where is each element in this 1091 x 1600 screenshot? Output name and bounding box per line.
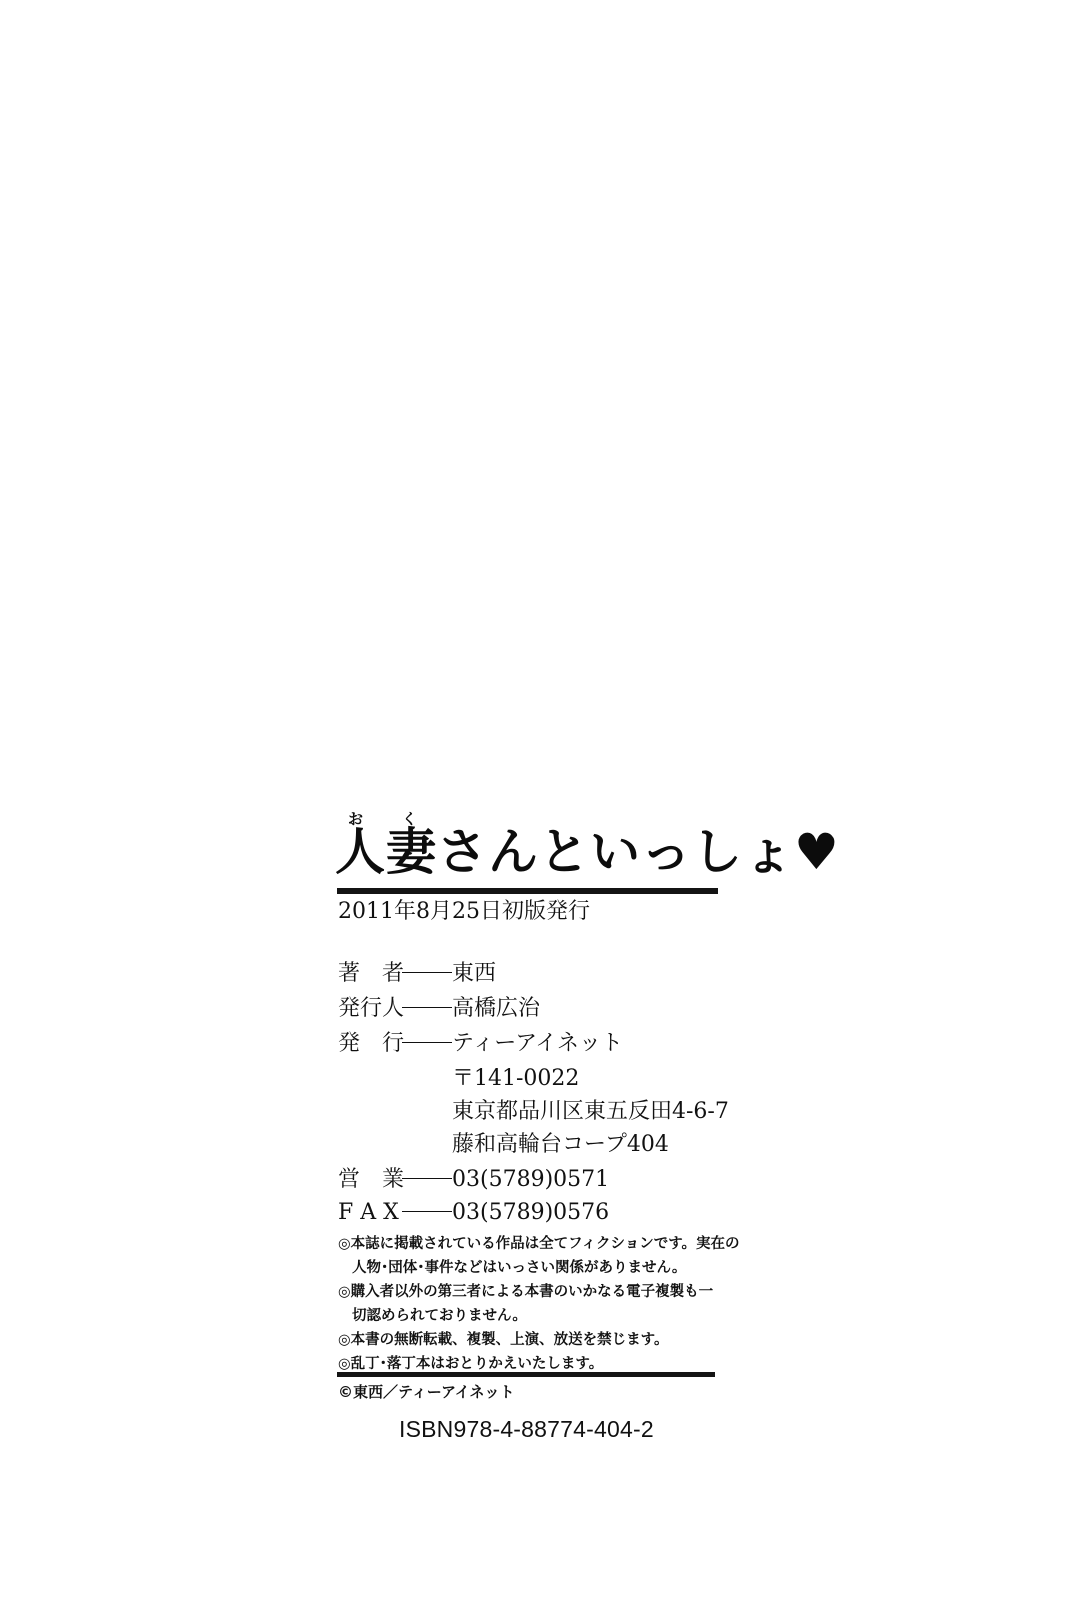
contact-value: 03(5789)0576 — [452, 1200, 609, 1225]
contact-value: 03(5789)0571 — [452, 1167, 609, 1192]
postal-code: 〒141-0022 — [452, 1065, 579, 1093]
credit-label: 著 者 — [338, 960, 402, 988]
notice-reproduction: ◎本書の無断転載、複製、上演、放送を禁じます。 — [338, 1328, 740, 1352]
credit-author: 著 者東西 — [338, 960, 496, 988]
credit-label: 発行人 — [338, 995, 402, 1023]
contact-sales: 営 業03(5789)0571 — [338, 1166, 609, 1194]
notice-digital-copy: ◎購入者以外の第三者による本書のいかなる電子複製も一 — [338, 1280, 740, 1304]
publication-date: 2011年8月25日初版発行 — [338, 898, 590, 926]
copyright: ©東西／ティーアイネット — [338, 1380, 515, 1404]
credit-value: ティーアイネット — [452, 1031, 623, 1056]
contact-fax: F A X03(5789)0576 — [338, 1199, 609, 1227]
contact-label: 営 業 — [338, 1166, 402, 1194]
dash-divider — [402, 1042, 452, 1043]
title-divider — [337, 888, 718, 894]
notice-fiction: ◎本誌に掲載されている作品は全てフィクションです。実在の — [338, 1232, 740, 1256]
dash-divider — [402, 1007, 452, 1008]
dash-divider — [402, 1178, 452, 1179]
credit-publisher: 発 行ティーアイネット — [338, 1030, 623, 1058]
notice-fiction-cont: 人物･団体･事件などはいっさい関係がありません。 — [338, 1256, 740, 1280]
isbn: ISBN978-4-88774-404-2 — [399, 1414, 654, 1444]
notice-digital-copy-cont: 切認められておりません。 — [338, 1304, 740, 1328]
credit-value: 高橋広治 — [452, 996, 540, 1021]
credit-publisher-person: 発行人高橋広治 — [338, 995, 540, 1023]
book-title-text: 人妻さんといっしょ — [335, 823, 794, 881]
credit-label: 発 行 — [338, 1030, 402, 1058]
credit-value: 東西 — [452, 961, 496, 986]
heart-icon: ♥ — [794, 823, 840, 881]
address-line-2: 藤和高輪台コープ404 — [452, 1131, 669, 1159]
book-title: 人妻さんといっしょ♥ — [335, 822, 840, 882]
footer-divider — [337, 1372, 715, 1377]
notices: ◎本誌に掲載されている作品は全てフィクションです。実在の 人物･団体･事件などは… — [338, 1232, 740, 1376]
dash-divider — [402, 972, 452, 973]
dash-divider — [402, 1211, 452, 1212]
contact-label: F A X — [338, 1199, 402, 1227]
address-line-1: 東京都品川区東五反田4-6-7 — [452, 1098, 729, 1126]
